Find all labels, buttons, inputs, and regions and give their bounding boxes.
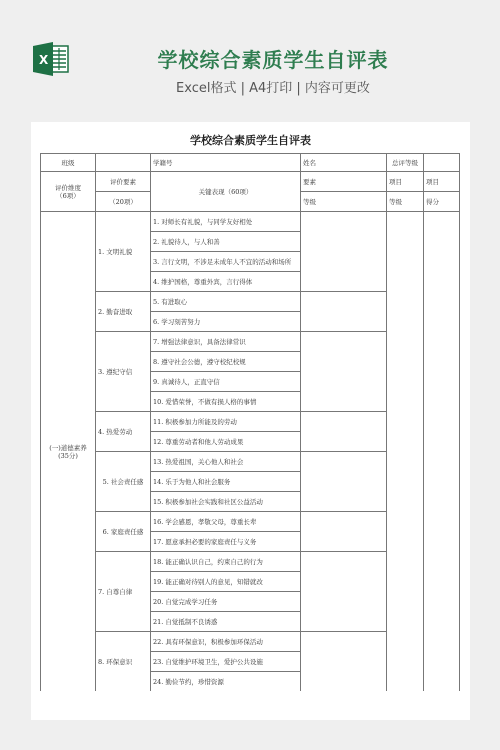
item-cell: 12. 尊重劳动者和他人劳动成果 — [151, 432, 301, 452]
key-performance-header: 关键表现（60项） — [151, 172, 301, 212]
page-subtitle: Excel格式 | A4打印 | 内容可更改 — [0, 77, 500, 96]
item-cell: 14. 乐于为他人和社会服务 — [151, 472, 301, 492]
item-cell: 22. 具有环保意识，积极参加环保活动 — [151, 632, 301, 652]
info-row: 班级 学籍号 姓名 总评等级 — [41, 154, 460, 172]
item-cell: 19. 能正确对待别人的意见，知错就改 — [151, 572, 301, 592]
element-cell: 1. 文明礼貌 — [96, 212, 151, 292]
factor-grade-cell[interactable] — [301, 412, 387, 452]
element-cell: 5. 社会责任感 — [96, 452, 151, 512]
item-cell: 18. 能正确认识自己，约束自己的行为 — [151, 552, 301, 572]
table-row: (一)道德素养(35分) 1. 文明礼貌 1. 对师长有礼貌，与同学友好相处 — [41, 212, 460, 232]
score-cell[interactable] — [424, 212, 460, 692]
item-cell: 16. 学会感恩，孝敬父母，尊重长辈 — [151, 512, 301, 532]
item-cell: 7. 增强法律意识，具备法律常识 — [151, 332, 301, 352]
evaluation-table: 班级 学籍号 姓名 总评等级 评价维度（6项） 评价要素 关键表现（60项） 要… — [40, 153, 460, 691]
item-cell: 10. 爱惜荣誉，不做有损人格的事情 — [151, 392, 301, 412]
item-cell: 13. 热爱祖国，关心他人和社会 — [151, 452, 301, 472]
page-cut-edge — [31, 710, 470, 720]
item-cell: 21. 自觉抵制不良诱惑 — [151, 612, 301, 632]
item-cell: 1. 对师长有礼貌，与同学友好相处 — [151, 212, 301, 232]
item-cell: 9. 真诚待人，正直守信 — [151, 372, 301, 392]
overall-grade-label: 总评等级 — [387, 154, 424, 172]
element-count: （20项） — [96, 192, 151, 212]
factor-grade-cell[interactable] — [301, 512, 387, 552]
dimension-header-label: 评价维度 — [55, 184, 81, 192]
item-cell: 11. 积极参加力所能及的劳动 — [151, 412, 301, 432]
class-label: 班级 — [41, 154, 96, 172]
name-label[interactable]: 姓名 — [301, 154, 387, 172]
factor-header: 要素 — [301, 172, 387, 192]
document-preview: 学校综合素质学生自评表 班级 学籍号 姓名 总评等级 评价维度（6项） 评价要素… — [31, 122, 470, 720]
item-grade-cell[interactable] — [387, 212, 424, 692]
item-cell: 8. 遵守社会公德，遵守校纪校规 — [151, 352, 301, 372]
factor-grade-cell[interactable] — [301, 632, 387, 692]
student-id-label[interactable]: 学籍号 — [151, 154, 301, 172]
dimension-count: （6项） — [56, 192, 80, 200]
item-cell: 5. 有进取心 — [151, 292, 301, 312]
item-cell: 15. 积极参加社会实践和社区公益活动 — [151, 492, 301, 512]
element-cell: 3. 遵纪守信 — [96, 332, 151, 412]
dimension-label: (一)道德素养 — [49, 444, 87, 452]
item-cell: 23. 自觉维护环境卫生，爱护公共设施 — [151, 652, 301, 672]
element-cell: 2. 勤奋进取 — [96, 292, 151, 332]
page-header: X 学校综合素质学生自评表 Excel格式 | A4打印 | 内容可更改 — [0, 0, 500, 120]
element-cell: 7. 自尊自律 — [96, 552, 151, 632]
column-header-row-1: 评价维度（6项） 评价要素 关键表现（60项） 要素 项目 项目 — [41, 172, 460, 192]
item2-header: 项目 — [424, 172, 460, 192]
item-cell: 6. 学习刻苦努力 — [151, 312, 301, 332]
dimension-moral: (一)道德素养(35分) — [41, 212, 96, 692]
score-header: 得分 — [424, 192, 460, 212]
item-cell: 24. 勤俭节约，珍惜资源 — [151, 672, 301, 692]
item-cell: 2. 礼貌待人，与人和善 — [151, 232, 301, 252]
item-cell: 3. 言行文明，不涉足未成年人不宜的活动和场所 — [151, 252, 301, 272]
item-cell: 17. 愿意承担必要的家庭责任与义务 — [151, 532, 301, 552]
dimension-score: (35分) — [58, 452, 78, 460]
factor-grade-header: 等级 — [301, 192, 387, 212]
dimension-header: 评价维度（6项） — [41, 172, 96, 212]
class-value[interactable] — [96, 154, 151, 172]
element-cell: 4. 热爱劳动 — [96, 412, 151, 452]
document-title: 学校综合素质学生自评表 — [31, 132, 470, 148]
element-header: 评价要素 — [96, 172, 151, 192]
factor-grade-cell[interactable] — [301, 212, 387, 292]
factor-grade-cell[interactable] — [301, 452, 387, 512]
item-cell: 20. 自觉完成学习任务 — [151, 592, 301, 612]
factor-grade-cell[interactable] — [301, 552, 387, 632]
item-header: 项目 — [387, 172, 424, 192]
element-cell: 8. 环保意识 — [96, 632, 151, 692]
item-grade-header: 等级 — [387, 192, 424, 212]
item-cell: 4. 维护国格，尊重外宾，言行得体 — [151, 272, 301, 292]
overall-grade-value[interactable] — [424, 154, 460, 172]
factor-grade-cell[interactable] — [301, 292, 387, 332]
element-cell: 6. 家庭责任感 — [96, 512, 151, 552]
factor-grade-cell[interactable] — [301, 332, 387, 412]
page-title: 学校综合素质学生自评表 — [0, 44, 500, 73]
